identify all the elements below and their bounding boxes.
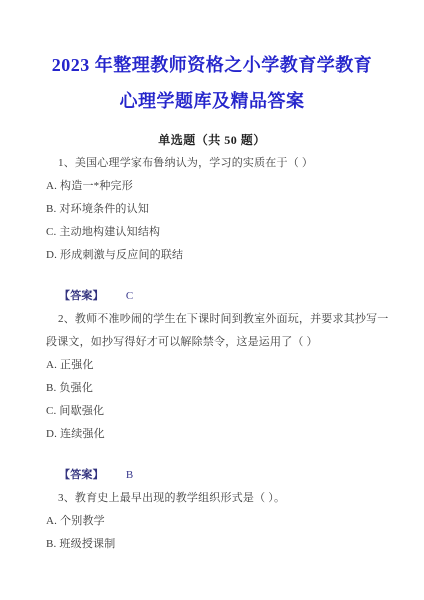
- question-1-answer-value: C: [126, 290, 134, 302]
- question-1-option-b: B. 对环境条件的认知: [46, 198, 378, 221]
- question-2-option-d: D. 连续强化: [46, 423, 378, 446]
- question-1-option-c: C. 主动地构建认知结构: [46, 221, 378, 244]
- question-2-text-line-2: 段课文，如抄写得好才可以解除禁令，这是运用了（ ）: [46, 331, 378, 354]
- title-line-2: 心理学题库及精品答案: [0, 83, 424, 119]
- answer-label: 【答案】: [59, 469, 104, 481]
- question-1-option-a: A. 构造一*种完形: [46, 175, 378, 198]
- question-2-option-a: A. 正强化: [46, 354, 378, 377]
- question-3-text: 3、教育史上最早出现的教学组织形式是（ ）。: [46, 487, 378, 510]
- question-2-option-b: B. 负强化: [46, 377, 378, 400]
- question-list: 1、美国心理学家布鲁纳认为，学习的实质在于（ ） A. 构造一*种完形 B. 对…: [0, 152, 424, 556]
- question-3-option-a: A. 个别教学: [46, 510, 378, 533]
- question-2: 2、教师不准吵闹的学生在下课时间到教室外面玩，并要求其抄写一 段课文，如抄写得好…: [46, 308, 378, 487]
- question-1-answer-row: 【答案】C: [59, 285, 378, 308]
- question-1-text: 1、美国心理学家布鲁纳认为，学习的实质在于（ ）: [46, 152, 378, 175]
- section-heading: 单选题（共 50 题）: [0, 132, 424, 148]
- question-2-option-c: C. 间歇强化: [46, 400, 378, 423]
- question-3-option-b: B. 班级授课制: [46, 533, 378, 556]
- document-title: 2023 年整理教师资格之小学教育学教育 心理学题库及精品答案: [0, 47, 424, 119]
- question-2-answer-row: 【答案】B: [59, 464, 378, 487]
- question-1: 1、美国心理学家布鲁纳认为，学习的实质在于（ ） A. 构造一*种完形 B. 对…: [46, 152, 378, 308]
- question-1-option-d: D. 形成刺激与反应间的联结: [46, 244, 378, 267]
- question-2-answer-value: B: [126, 469, 134, 481]
- title-line-1: 2023 年整理教师资格之小学教育学教育: [0, 47, 424, 83]
- exam-document-page: 2023 年整理教师资格之小学教育学教育 心理学题库及精品答案 单选题（共 50…: [0, 0, 424, 600]
- question-3: 3、教育史上最早出现的教学组织形式是（ ）。 A. 个别教学 B. 班级授课制: [46, 487, 378, 556]
- question-2-text-line-1: 2、教师不准吵闹的学生在下课时间到教室外面玩，并要求其抄写一: [46, 308, 378, 331]
- answer-label: 【答案】: [59, 290, 104, 302]
